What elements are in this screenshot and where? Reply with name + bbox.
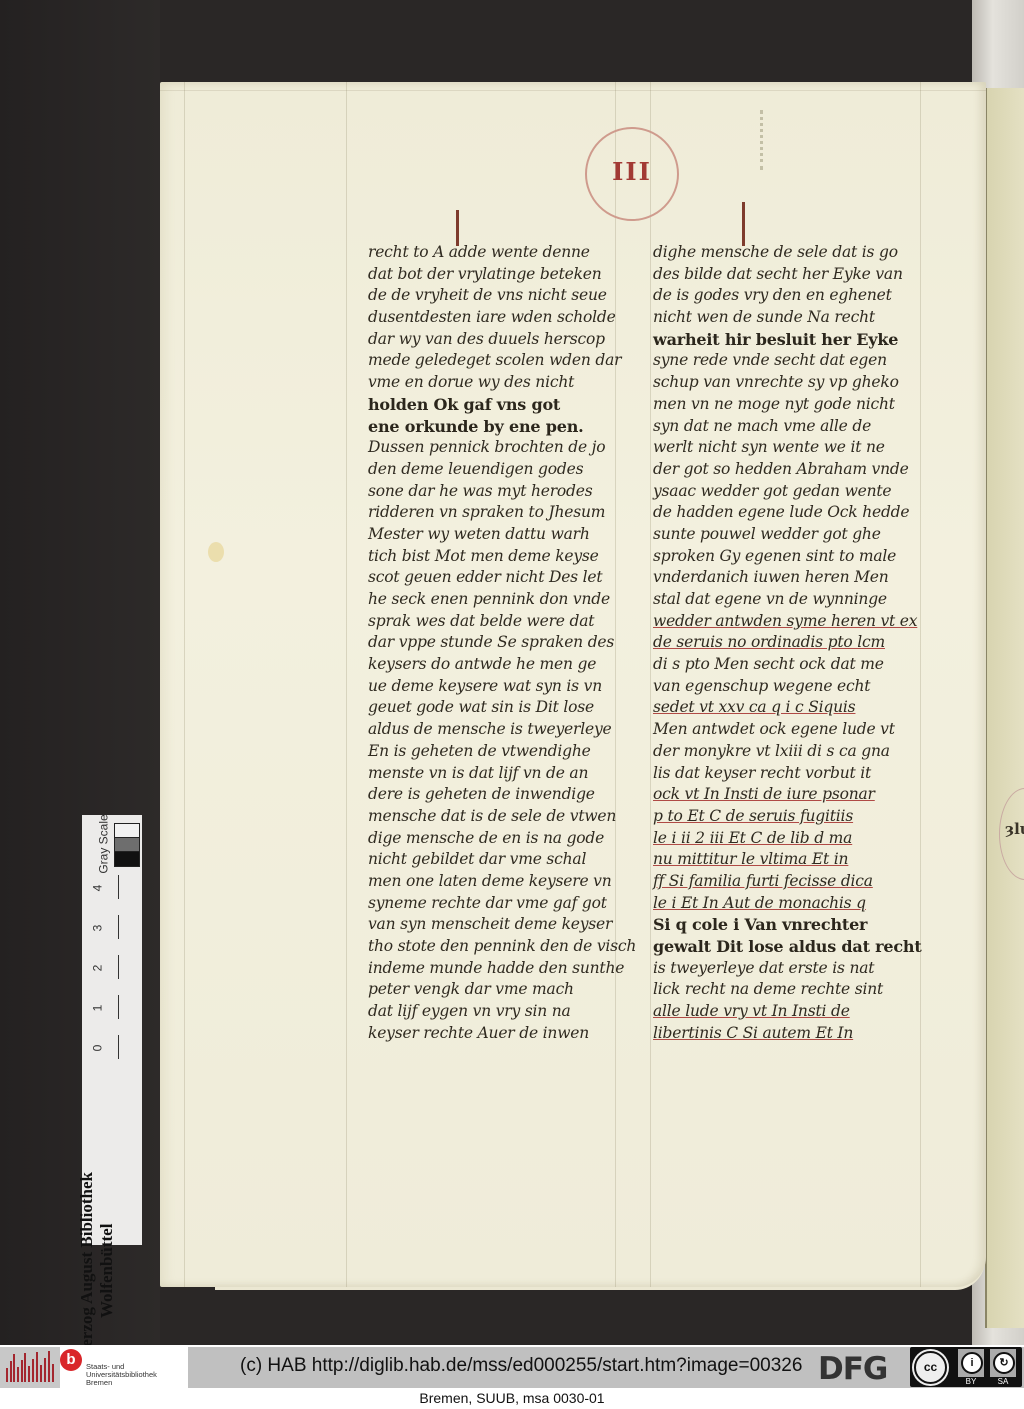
manuscript-line: de seruis no ordinadis pto lcm [653, 632, 933, 654]
logo-bar [24, 1353, 26, 1382]
manuscript-line: mensche dat is de sele de vtwen [368, 806, 638, 828]
manuscript-line: stal dat egene vn de wynninge [653, 589, 933, 611]
manuscript-line: geuet gode wat sin is Dit lose [368, 697, 638, 719]
manuscript-line: le i ii 2 iii Et C de lib d ma [653, 828, 933, 850]
logo-bar [10, 1361, 12, 1382]
manuscript-line: recht to A adde wente denne [368, 242, 638, 264]
manuscript-line: keyser rechte Auer de inwen [368, 1023, 638, 1045]
share-alike-icon: ↻SA [990, 1349, 1016, 1377]
logo-bar [21, 1360, 23, 1382]
by-attribution-icon: iBY [958, 1349, 984, 1377]
manuscript-line: syn dat ne mach vme alle de [653, 416, 933, 438]
manuscript-line: Si q cole i Van vnrechter [653, 914, 933, 936]
gray-scale-target: Gray Scale 4 3 2 1 0 Herzog August Bibli… [82, 815, 142, 1245]
manuscript-line: lis dat keyser recht vorbut it [653, 763, 933, 785]
manuscript-line: de is godes vry den en eghenet [653, 285, 933, 307]
cc-icon: cc [914, 1351, 947, 1384]
library-barcode-logo [0, 1347, 60, 1388]
manuscript-line: ysaac wedder got gedan wente [653, 481, 933, 503]
manuscript-line: ene orkunde by ene pen. [368, 416, 638, 438]
manuscript-line: syneme rechte dar vme gaf got [368, 893, 638, 915]
manuscript-line: sproken Gy egenen sint to male [653, 546, 933, 568]
manuscript-line: peter vengk dar vme mach [368, 979, 638, 1001]
manuscript-line: di s pto Men secht ock dat me [653, 654, 933, 676]
ruler-tick [118, 995, 119, 1019]
manuscript-line: En is geheten de vtwendighe [368, 741, 638, 763]
suub-logo-icon: b [60, 1349, 82, 1371]
manuscript-line: gewalt Dit lose aldus dat recht [653, 936, 933, 958]
institution-city: Wolfenbüttel [97, 990, 117, 1345]
manuscript-line: nicht gebildet dar vme schal [368, 849, 638, 871]
manuscript-line: nu mittitur le vltima Et in [653, 849, 933, 871]
by-label: BY [958, 1377, 984, 1386]
manuscript-line: menste vn is dat lijf vn de an [368, 763, 638, 785]
ruling-line [184, 82, 185, 1287]
institution-name: Herzog August Bibliothek [77, 990, 97, 1345]
gray-swatch-black [114, 851, 140, 867]
manuscript-line: dar vppe stunde Se spraken des [368, 632, 638, 654]
logo-bar [36, 1352, 38, 1382]
decorative-ascender [742, 202, 745, 246]
manuscript-line: le i Et In Aut de monachis q [653, 893, 933, 915]
shelfmark-caption: Bremen, SUUB, msa 0030-01 [0, 1390, 1024, 1406]
manuscript-line: alle lude vry vt In Insti de [653, 1001, 933, 1023]
manuscript-line: ock vt In Insti de iure psonar [653, 784, 933, 806]
manuscript-line: der monykre vt lxiii di s ca gna [653, 741, 933, 763]
dfg-logo[interactable]: DFG [818, 1351, 887, 1387]
manuscript-line: is tweyerleye dat erste is nat [653, 958, 933, 980]
manuscript-line: vme en dorue wy des nicht [368, 372, 638, 394]
logo-bar [32, 1359, 34, 1382]
manuscript-line: den deme leuendigen godes [368, 459, 638, 481]
suub-logo-text: Staats- und Universitätsbibliothek Breme… [86, 1363, 157, 1387]
parchment-stain [208, 542, 224, 562]
ruling-line [650, 82, 651, 1287]
manuscript-line: holden Ok gaf vns got [368, 394, 638, 416]
manuscript-line: dere is geheten de inwendige [368, 784, 638, 806]
sa-label: SA [990, 1377, 1016, 1386]
ruler-tick [118, 875, 119, 899]
manuscript-line: indeme munde hadde den sunthe [368, 958, 638, 980]
manuscript-line: Men antwdet ock egene lude vt [653, 719, 933, 741]
ruler-number: 4 [90, 885, 104, 892]
manuscript-line: aldus de mensche is tweyerleye [368, 719, 638, 741]
ruler-number: 2 [90, 965, 104, 972]
manuscript-line: sone dar he was myt herodes [368, 481, 638, 503]
manuscript-line: syne rede vnde secht dat egen [653, 350, 933, 372]
suub-logo-line: Bremen [86, 1379, 157, 1387]
folio-number-roundel: III [585, 127, 679, 221]
manuscript-line: men one laten deme keysere vn [368, 871, 638, 893]
suub-logo[interactable]: b Staats- und Universitätsbibliothek Bre… [60, 1347, 188, 1388]
manuscript-line: libertinis C Si autem Et In [653, 1023, 933, 1045]
manuscript-line: Mester wy weten dattu warh [368, 524, 638, 546]
copyright-url-link[interactable]: (c) HAB http://diglib.hab.de/mss/ed00025… [240, 1355, 802, 1377]
logo-bar [28, 1366, 30, 1382]
manuscript-line: scot geuen edder nicht Des let [368, 567, 638, 589]
text-column-left: recht to A adde wente dennedat bot der v… [368, 242, 638, 1044]
manuscript-line: dat bot der vrylatinge beteken [368, 264, 638, 286]
manuscript-line: wedder antwden syme heren vt ex [653, 611, 933, 633]
manuscript-folio: III recht to A adde wente dennedat bot d… [160, 82, 986, 1287]
manuscript-line: ue deme keysere wat syn is vn [368, 676, 638, 698]
gray-scale-label: Gray Scale [97, 814, 111, 873]
manuscript-line: dusentdesten iare wden scholde [368, 307, 638, 329]
manuscript-line: werlt nicht syn wente we it ne [653, 437, 933, 459]
manuscript-line: van egenschup wegene echt [653, 676, 933, 698]
manuscript-line: Dussen pennick brochten de jo [368, 437, 638, 459]
manuscript-scan: ȝlu III recht to A adde wente dennedat b… [0, 0, 1024, 1345]
manuscript-line: de hadden egene lude Ock hedde [653, 502, 933, 524]
ruling-line [160, 90, 986, 91]
ruler-tick [118, 1035, 119, 1059]
logo-bar [13, 1354, 15, 1382]
logo-bar [48, 1351, 50, 1382]
manuscript-line: he seck enen pennink don vnde [368, 589, 638, 611]
manuscript-line: ridderen vn spraken to Jhesum [368, 502, 638, 524]
manuscript-line: dar wy van des duuels herscop [368, 329, 638, 351]
manuscript-line: sprak wes dat belde were dat [368, 611, 638, 633]
manuscript-line: dige mensche de en is na gode [368, 828, 638, 850]
adjacent-folio-edge: ȝlu [985, 88, 1024, 1328]
manuscript-line: sunte pouwel wedder got ghe [653, 524, 933, 546]
manuscript-line: sedet vt xxv ca q i c Siquis [653, 697, 933, 719]
manuscript-line: des bilde dat secht her Eyke van [653, 264, 933, 286]
decorative-ascender [456, 210, 459, 246]
manuscript-line: tich bist Mot men deme keyse [368, 546, 638, 568]
marginal-note [760, 110, 781, 170]
manuscript-line: dighe mensche de sele dat is go [653, 242, 933, 264]
ruler-number: 3 [90, 925, 104, 932]
manuscript-line: p to Et C de seruis fugitiis [653, 806, 933, 828]
manuscript-line: van syn menscheit deme keyser [368, 914, 638, 936]
manuscript-line: tho stote den pennink den de visch [368, 936, 638, 958]
manuscript-line: mede geledeget scolen wden dar [368, 350, 638, 372]
manuscript-line: vnderdanich iuwen heren Men [653, 567, 933, 589]
manuscript-line: men vn ne moge nyt gode nicht [653, 394, 933, 416]
text-column-right: dighe mensche de sele dat is godes bilde… [653, 242, 933, 1044]
manuscript-line: warheit hir besluit her Eyke [653, 329, 933, 351]
logo-bar [40, 1365, 42, 1382]
manuscript-line: de de vryheit de vns nicht seue [368, 285, 638, 307]
manuscript-line: lick recht na deme rechte sint [653, 979, 933, 1001]
logo-bar [6, 1368, 8, 1382]
adjacent-folio-runner: ȝlu [1005, 820, 1024, 838]
manuscript-line: der got so hedden Abraham vnde [653, 459, 933, 481]
institution-label: Herzog August Bibliothek Wolfenbüttel [77, 990, 117, 1345]
manuscript-line: dat lijf eygen vn vry sin na [368, 1001, 638, 1023]
manuscript-line: keysers do antwde he men ge [368, 654, 638, 676]
cc-license-badge[interactable]: cc iBY ↻SA [910, 1347, 1022, 1387]
logo-bar [52, 1364, 54, 1382]
manuscript-line: schup van vnrechte sy vp gheko [653, 372, 933, 394]
ruling-line [346, 82, 347, 1287]
folio-number: III [587, 157, 677, 186]
ruler-tick [118, 955, 119, 979]
ruler-tick [118, 915, 119, 939]
logo-bar [17, 1367, 19, 1382]
manuscript-line: ff Si familia furti fecisse dica [653, 871, 933, 893]
manuscript-line: nicht wen de sunde Na recht [653, 307, 933, 329]
logo-bar [44, 1358, 46, 1382]
